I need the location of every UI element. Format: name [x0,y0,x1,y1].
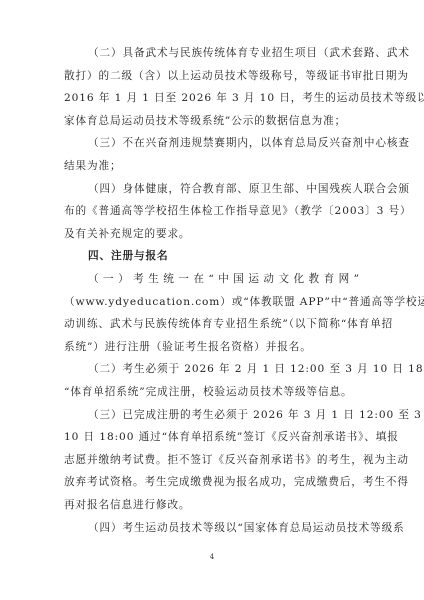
text-line: 系统”）进行注册（验证考生报名资格）并报名。 [64,338,360,356]
text-line: （二）具备武术与民族传统体育专业招生项目（武术套路、武术 [88,44,360,62]
section-heading: 四、注册与报名 [88,247,360,265]
text-line: 2016 年 1 月 1 日至 2026 年 3 月 10 日，考生的运动员技术… [64,89,360,107]
text-line: 放弃考试资格。考生完成缴费视为报名成功，完成缴费后，考生不得 [64,473,360,491]
text-line: （四）考生运动员技术等级以“国家体育总局运动员技术等级系 [88,519,360,537]
text-line: 再对报名信息进行修改。 [64,496,360,514]
text-line: 10 日 18:00 通过“体育单招系统”签订《反兴奋剂承诺书》、填报 [64,428,360,446]
page-number: 4 [0,553,424,561]
text-line: 及有关补充规定的要求。 [64,225,360,243]
text-line: 动训练、武术与民族传统体育专业招生系统”（以下简称“体育单招 [64,315,360,333]
text-line: 散打）的二级（含）以上运动员技术等级称号，等级证书审批日期为 [64,67,360,85]
text-line: 志愿并缴纳考试费。拒不签订《反兴奋剂承诺书》的考生，视为主动 [64,451,360,469]
text-line: （三）不在兴奋剂违规禁赛期内，以体育总局反兴奋剂中心核查 [88,134,360,152]
text-line: （www.ydyeducation.com）或“体教联盟 APP”中“普通高等学… [64,293,360,311]
text-line: （三）已完成注册的考生必须于 2026 年 3 月 1 日 12:00 至 3 … [88,406,360,424]
text-line: 家体育总局运动员技术等级系统”公示的数据信息为准； [64,112,360,130]
text-line: “体育单招系统”完成注册，校验运动员技术等级等信息。 [64,383,360,401]
text-line: 布的《普通高等学校招生体检工作指导意见》（教学〔2003〕3 号） [64,202,360,220]
text-line: （四）身体健康，符合教育部、原卫生部、中国残疾人联合会颁 [88,180,360,198]
text-line: 结果为准； [64,157,360,175]
text-line: （一）考生统一在“中国运动文化教育网” [88,270,360,288]
text-line: （二）考生必须于 2026 年 2 月 1 日 12:00 至 3 月 10 日… [88,360,360,378]
